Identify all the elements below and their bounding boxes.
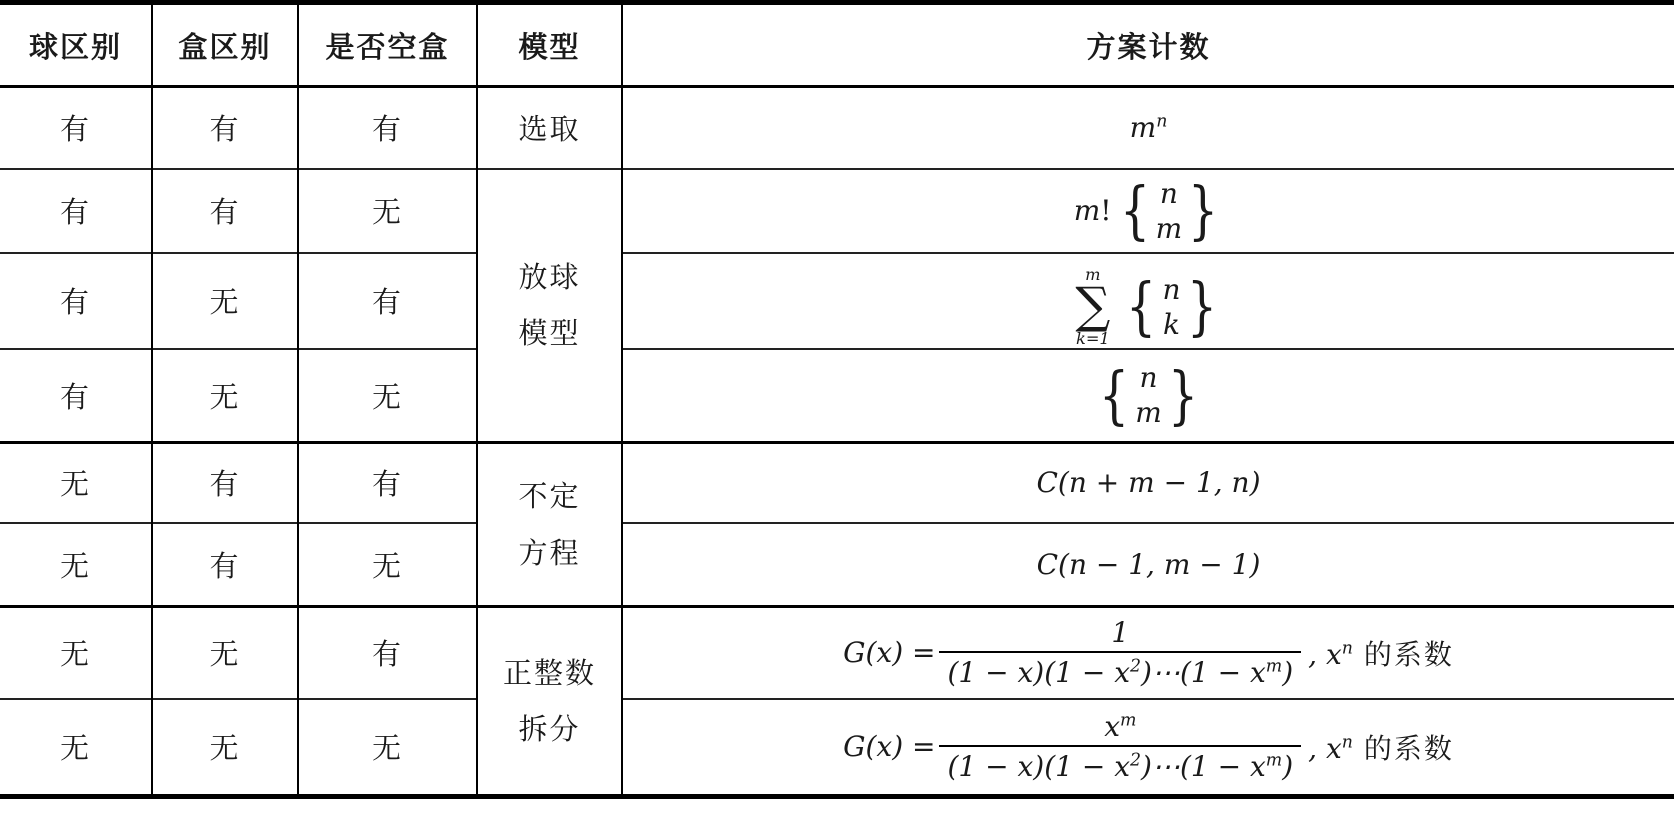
cell-empty-box: 无 <box>298 523 477 607</box>
brace-top: n <box>1160 176 1178 211</box>
cell-model-selection: 选取 <box>477 87 622 169</box>
cell-box: 无 <box>152 349 298 443</box>
fraction-denominator: (1 − x)(1 − x2)⋯(1 − xm) <box>939 745 1301 785</box>
sigma-icon: ∑ <box>1075 283 1110 330</box>
cell-ball: 无 <box>0 699 152 797</box>
model-line-2: 方程 <box>478 525 621 582</box>
formula-var: m <box>1074 194 1101 227</box>
table-row: 有 有 无 放球 模型 m! { n m <box>0 169 1674 253</box>
table-row: 无 无 无 G(x) = xm (1 − x)(1 − x2)⋯(1 − xm)… <box>0 699 1674 797</box>
cell-formula-stirling-times-factorial: m! { n m } <box>622 169 1674 253</box>
fraction-denominator: (1 − x)(1 − x2)⋯(1 − xm) <box>939 651 1301 691</box>
brace-open: { <box>1099 364 1129 427</box>
table-row: 无 有 有 不定 方程 C(n + m − 1, n) <box>0 443 1674 523</box>
formula-text: C(n + m − 1, n) <box>1036 466 1260 499</box>
table-row: 有 有 有 选取 mn <box>0 87 1674 169</box>
cell-empty-box: 无 <box>298 349 477 443</box>
formula-factorial: ! <box>1100 194 1111 227</box>
cell-ball: 无 <box>0 523 152 607</box>
cell-box: 无 <box>152 699 298 797</box>
cell-empty-box: 有 <box>298 253 477 349</box>
cell-formula-sum-stirling: m ∑ k=1 { n k } <box>622 253 1674 349</box>
header-box-distinction: 盒区别 <box>152 3 298 87</box>
cell-ball: 有 <box>0 169 152 253</box>
cell-empty-box: 有 <box>298 87 477 169</box>
brace-close: } <box>1188 179 1218 242</box>
formula-suffix: , xn 的系数 <box>1308 633 1454 673</box>
fraction-numerator: xm <box>1094 709 1146 745</box>
cell-empty-box: 无 <box>298 169 477 253</box>
model-line-2: 拆分 <box>478 701 621 758</box>
brace-top: n <box>1139 360 1157 395</box>
formula-lhs: G(x) = <box>843 636 935 669</box>
cell-ball: 无 <box>0 443 152 523</box>
cell-formula-stirling: { n m } <box>622 349 1674 443</box>
table-row: 无 有 无 C(n − 1, m − 1) <box>0 523 1674 607</box>
header-empty-box: 是否空盒 <box>298 3 477 87</box>
sum-lower-limit: k=1 <box>1076 330 1110 348</box>
cell-box: 有 <box>152 169 298 253</box>
brace-open: { <box>1120 179 1150 242</box>
table-row: 有 无 无 { n m } <box>0 349 1674 443</box>
combinatorics-model-table: 球区别 盒区别 是否空盒 模型 方案计数 有 有 有 选取 mn 有 有 <box>0 0 1674 799</box>
header-model: 模型 <box>477 3 622 87</box>
cell-box: 无 <box>152 607 298 699</box>
cell-empty-box: 有 <box>298 443 477 523</box>
formula-lhs: G(x) = <box>843 730 935 763</box>
brace-open: { <box>1126 275 1156 338</box>
cell-formula-mn: mn <box>622 87 1674 169</box>
cell-box: 有 <box>152 523 298 607</box>
fraction-numerator: 1 <box>1101 615 1139 651</box>
cell-model-ball-placement: 放球 模型 <box>477 169 622 443</box>
model-line-1: 放球 <box>478 249 621 306</box>
cell-ball: 无 <box>0 607 152 699</box>
model-line-1: 不定 <box>478 468 621 525</box>
cell-box: 有 <box>152 443 298 523</box>
page: 球区别 盒区别 是否空盒 模型 方案计数 有 有 有 选取 mn 有 有 <box>0 0 1674 822</box>
cell-empty-box: 无 <box>298 699 477 797</box>
cell-formula-combination-1: C(n + m − 1, n) <box>622 443 1674 523</box>
brace-bottom: m <box>1135 395 1162 430</box>
cell-model-integer-partition: 正整数 拆分 <box>477 607 622 797</box>
table-row: 有 无 有 m ∑ k=1 { n k <box>0 253 1674 349</box>
cell-formula-generating-function-1: G(x) = 1 (1 − x)(1 − x2)⋯(1 − xm) , xn 的… <box>622 607 1674 699</box>
header-ball-distinction: 球区别 <box>0 3 152 87</box>
model-line-2: 模型 <box>478 305 621 362</box>
cell-formula-combination-2: C(n − 1, m − 1) <box>622 523 1674 607</box>
cell-box: 有 <box>152 87 298 169</box>
formula-exponent: n <box>1156 112 1167 132</box>
cell-ball: 有 <box>0 87 152 169</box>
cell-box: 无 <box>152 253 298 349</box>
table-row: 无 无 有 正整数 拆分 G(x) = 1 (1 − x)(1 − x2)⋯(1… <box>0 607 1674 699</box>
cell-empty-box: 有 <box>298 607 477 699</box>
header-row: 球区别 盒区别 是否空盒 模型 方案计数 <box>0 3 1674 87</box>
cell-ball: 有 <box>0 349 152 443</box>
cell-ball: 有 <box>0 253 152 349</box>
brace-bottom: m <box>1156 211 1183 246</box>
cell-model-indeterminate-equation: 不定 方程 <box>477 443 622 607</box>
brace-close: } <box>1187 275 1217 338</box>
header-scheme-count: 方案计数 <box>622 3 1674 87</box>
brace-bottom: k <box>1163 307 1180 342</box>
brace-top: n <box>1162 272 1180 307</box>
cell-formula-generating-function-2: G(x) = xm (1 − x)(1 − x2)⋯(1 − xm) , xn … <box>622 699 1674 797</box>
formula-text: C(n − 1, m − 1) <box>1037 548 1261 581</box>
formula-suffix: , xn 的系数 <box>1308 727 1454 767</box>
formula-base: m <box>1130 111 1157 144</box>
brace-close: } <box>1168 364 1198 427</box>
model-line-1: 正整数 <box>478 645 621 702</box>
